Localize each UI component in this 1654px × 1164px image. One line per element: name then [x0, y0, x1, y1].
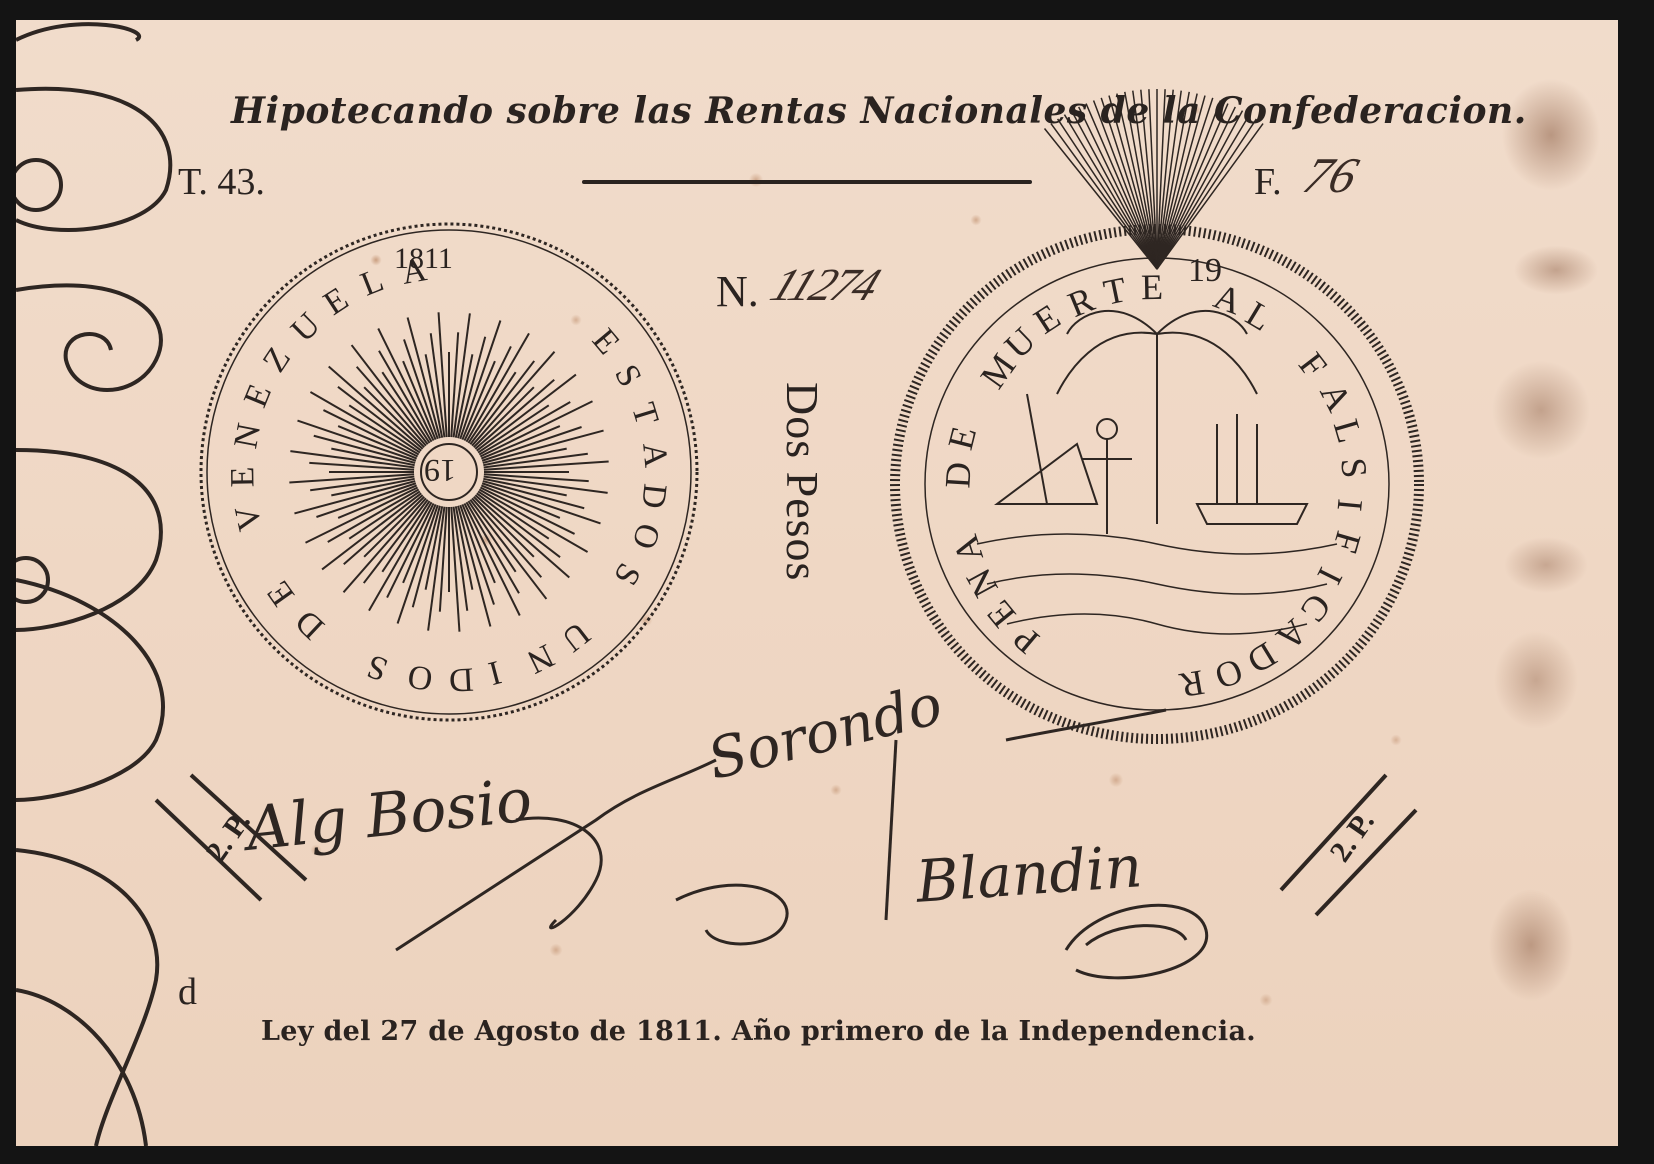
header-text: Hipotecando sobre las Rentas Nacionales … [231, 90, 1527, 132]
palm-tree-icon [1057, 311, 1257, 524]
signature-center: Sorondo [702, 672, 949, 793]
signature-left: Alg Bosio [243, 765, 535, 865]
corner-letter: d [178, 970, 197, 1014]
signature-right: Blandin [914, 832, 1144, 916]
folio-number: 76 [1297, 146, 1366, 204]
denomination-text: Dos Pesos [776, 382, 829, 581]
banknote: Hipotecando sobre las Rentas Nacionales … [16, 20, 1618, 1146]
series-label: T. 43. [178, 160, 265, 204]
folio-label: F. [1254, 160, 1282, 204]
anchor-icon [1082, 419, 1132, 534]
header-rule [582, 180, 1032, 184]
right-seal-numeral: 19 [1188, 252, 1222, 290]
footer-text: Ley del 27 de Agosto de 1811. Año primer… [261, 1016, 1256, 1047]
serial-number: 11274 [763, 258, 886, 311]
left-scroll-ornament [16, 24, 170, 1146]
serial-label: N. [716, 266, 759, 317]
left-seal-numeral: 19 [424, 452, 456, 489]
sailing-ship-icon [997, 394, 1307, 524]
fraction-right: 2. P. [1323, 806, 1381, 869]
